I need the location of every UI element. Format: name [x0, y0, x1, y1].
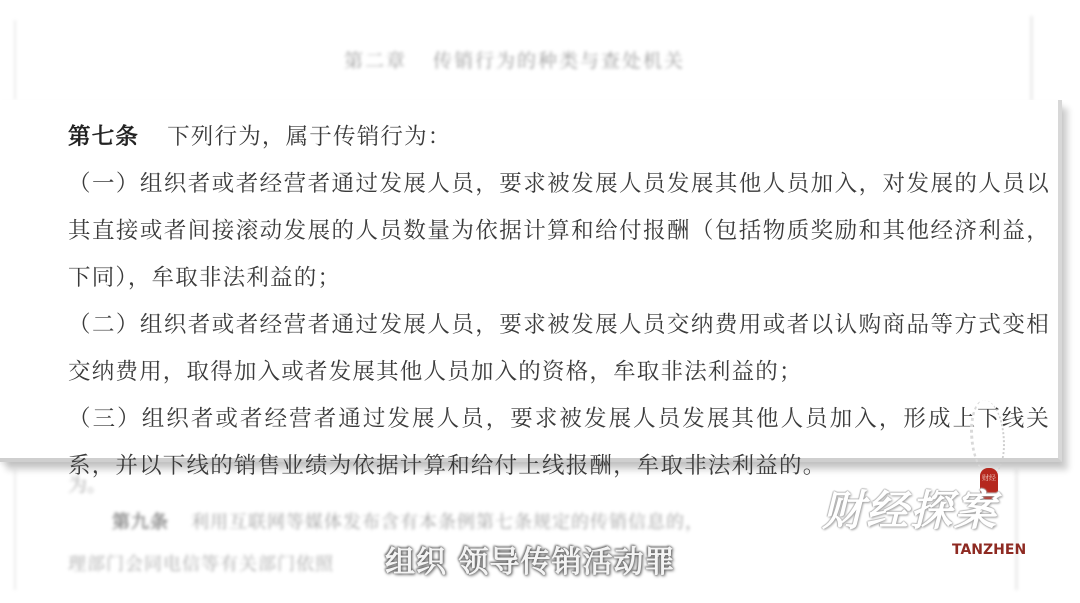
logo-calligraphy-text: 财经探案	[822, 478, 998, 538]
article-intro-text: 下列行为，属于传销行为：	[167, 124, 451, 150]
article-9-line-2: 理部门会同电信等有关部门依照	[68, 550, 334, 576]
logo-latin-text: TANZHEN	[952, 542, 1026, 558]
article-9-text: 利用互联网等媒体发布含有本条例第七条规定的传销信息的，	[191, 512, 704, 533]
page-margin-line	[1030, 16, 1033, 101]
article-7-heading: 第七条	[68, 124, 139, 150]
article-intro: 第七条下列行为，属于传销行为：	[20, 114, 1050, 161]
clause-2: （二）组织者或者经营者通过发展人员，要求被发展人员交纳费用或者以认购商品等方式变…	[20, 302, 1050, 396]
article-9-line-1: 第九条利用互联网等媒体发布含有本条例第七条规定的传销信息的，	[112, 508, 704, 534]
page-margin-line	[14, 470, 16, 590]
article-9-heading: 第九条	[112, 512, 169, 533]
program-logo: 财经 财经探案 TANZHEN	[820, 400, 1060, 580]
page-margin-line	[14, 20, 16, 100]
chapter-title: 第二章传销行为的种类与查处机关	[344, 46, 685, 73]
chapter-number: 第二章	[344, 50, 407, 72]
smoke-swirl-icon	[970, 400, 1005, 475]
clause-1: （一）组织者或者经营者通过发展人员，要求被发展人员发展其他人员加入，对发展的人员…	[20, 161, 1050, 302]
chapter-name: 传销行为的种类与查处机关	[433, 50, 685, 72]
video-subtitle: 组织 领导传销活动罪	[385, 537, 675, 581]
